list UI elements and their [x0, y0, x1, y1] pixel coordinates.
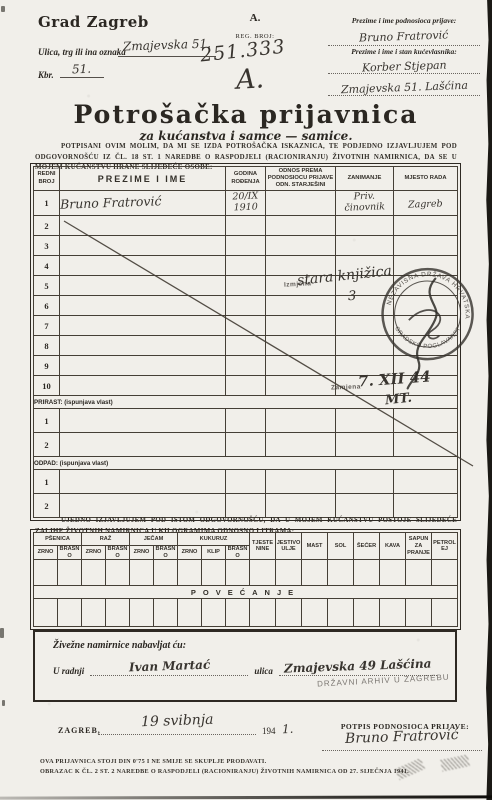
- col-prezime-ime: PREZIME I IME: [60, 167, 226, 191]
- table-row: 2: [34, 216, 458, 236]
- applicant-value: Bruno Fratrović: [359, 28, 449, 44]
- scan-speck: [0, 628, 4, 638]
- form-title: Potrošačka prijavnica: [0, 100, 492, 129]
- date-handwriting: 19 svibnja: [140, 712, 213, 731]
- col-kava: KAVA: [380, 533, 406, 560]
- purchase-title: Živežne namirnice nabavljat ću:: [53, 640, 443, 651]
- supplies-values-row: [34, 560, 458, 586]
- odpad-row: 2: [34, 494, 458, 518]
- house-number-value: 51.: [72, 62, 92, 77]
- scan-speck: [1, 6, 5, 12]
- ink-smudge: [440, 754, 470, 772]
- table-row: 1 Bruno Fratrović 20/IX 1910 Priv. činov…: [34, 191, 458, 216]
- col-mjesto-rada: MJESTO RADA: [394, 167, 458, 191]
- city-date-label: ZAGREB,: [58, 726, 101, 735]
- prirast-row: 2: [34, 433, 458, 457]
- landlord-address-line: Zmajevska 51. Lašćina: [328, 78, 480, 96]
- big-letter-annotation: A.: [235, 63, 265, 95]
- shop-value-line: Ivan Martać: [90, 659, 248, 676]
- applicant-label: Prezime i ime podnosioca prijave:: [328, 16, 480, 25]
- prirast-row: 1: [34, 409, 458, 433]
- signature-handwriting: Bruno Fratrović: [345, 727, 459, 747]
- stara-knjizica-number: 3: [348, 289, 357, 304]
- scan-speck: [2, 700, 5, 706]
- year-printed: 194: [262, 726, 276, 736]
- landlord-label: Prezime i ime i stan kućevlasnika:: [328, 47, 480, 56]
- household-table-header: REDNI BROJ PREZIME I IME GODINA ROĐENJA …: [34, 167, 458, 191]
- name-handwriting: Bruno Fratrović: [60, 193, 162, 212]
- street2-value: Zmajevska 49 Lašćina: [284, 656, 432, 675]
- col-secer: ŠEĆER: [354, 533, 380, 560]
- year-handwriting: 1.: [282, 722, 294, 736]
- stamp-signature-scrawl: [408, 277, 441, 391]
- odpad-row: 1: [34, 470, 458, 494]
- col-sapun: SAPUN ZA PRANJE: [406, 533, 432, 560]
- col-odnos: ODNOS PREMA PODNOSIOCU PRIJAVE ODN. STAR…: [266, 167, 336, 191]
- col-mast: MAST: [302, 533, 328, 560]
- col-jecam: JEČAM: [130, 533, 178, 546]
- price-note: OVA PRIJAVNICA STOJI DIN 0'75 I NE SMIJE…: [40, 757, 409, 767]
- date-line: 19 svibnja: [98, 712, 256, 735]
- workplace-handwriting: Zagreb: [408, 198, 443, 210]
- col-raz: RAŽ: [82, 533, 130, 546]
- col-petrolej: PETROLEJ: [432, 533, 458, 560]
- document-page: Grad Zagreb Ulica, trg ili ina oznaka Zm…: [0, 0, 492, 800]
- section-letter: A.: [235, 12, 275, 24]
- scan-edge-bottom: [0, 795, 492, 799]
- form-reference-note: OBRAZAC K ČL. 2 ST. 2 NAREDBE O RASPODJE…: [40, 767, 409, 777]
- povecanje-row: POVEĆANJE: [34, 586, 458, 599]
- occupation-handwriting: Priv. činovnik: [336, 191, 394, 214]
- col-tjestenine: TJESTENINE: [250, 533, 276, 560]
- landlord-line: Korber Stjepan: [328, 57, 480, 74]
- table-row: 3: [34, 236, 458, 256]
- zamjena-stamp: Zamjena: [331, 383, 361, 391]
- col-redni-broj: REDNI BROJ: [34, 167, 60, 191]
- street-value: Zmajevska 51.: [123, 36, 211, 53]
- col-sol: SOL: [328, 533, 354, 560]
- street-label: Ulica, trg ili ina oznaka: [38, 47, 126, 57]
- shop-label: U radnji: [53, 666, 84, 676]
- street2-label: ulica: [254, 666, 273, 676]
- city-heading: Grad Zagreb: [38, 13, 149, 31]
- date-note-initials: MT.: [384, 391, 412, 409]
- purchase-line: U radnji Ivan Martać ulica Zmajevska 49 …: [53, 659, 443, 676]
- col-godina-rodjenja: GODINA ROĐENJA: [226, 167, 266, 191]
- applicant-line: Bruno Fratrović: [328, 27, 480, 46]
- birth-handwriting: 20/IX 1910: [226, 191, 266, 214]
- odpad-label-row: ODPAD: (ispunjava vlast): [34, 457, 458, 470]
- small-print: OVA PRIJAVNICA STOJI DIN 0'75 I NE SMIJE…: [40, 757, 409, 776]
- house-number-line: 51.: [60, 60, 104, 78]
- signature-line: Bruno Fratrović: [322, 728, 482, 751]
- purchase-box: Živežne namirnice nabavljat ću: U radnji…: [33, 630, 457, 702]
- official-round-stamp: NEZAVISNA DRŽAVA HRVATSKA GRADSKO POGLAV…: [369, 259, 482, 399]
- col-psenica: PŠENICA: [34, 533, 82, 546]
- landlord-value: Korber Stjepan: [361, 59, 446, 75]
- col-kukuruz: KUKURUZ: [178, 533, 250, 546]
- supplies-values-row: [34, 599, 458, 627]
- landlord-address-value: Zmajevska 51. Lašćina: [340, 79, 467, 96]
- form-subtitle: za kućanstva i samce — samice.: [0, 129, 492, 143]
- shop-value: Ivan Martać: [128, 658, 210, 675]
- col-jestivo-ulje: JESTIVO ULJE: [276, 533, 302, 560]
- col-zanimanje: ZANIMANJE: [336, 167, 394, 191]
- supplies-table: PŠENICA RAŽ JEČAM KUKURUZ TJESTENINE JES…: [33, 532, 458, 627]
- house-number-label: Kbr.: [38, 70, 54, 80]
- supplies-group-header: PŠENICA RAŽ JEČAM KUKURUZ TJESTENINE JES…: [34, 533, 458, 546]
